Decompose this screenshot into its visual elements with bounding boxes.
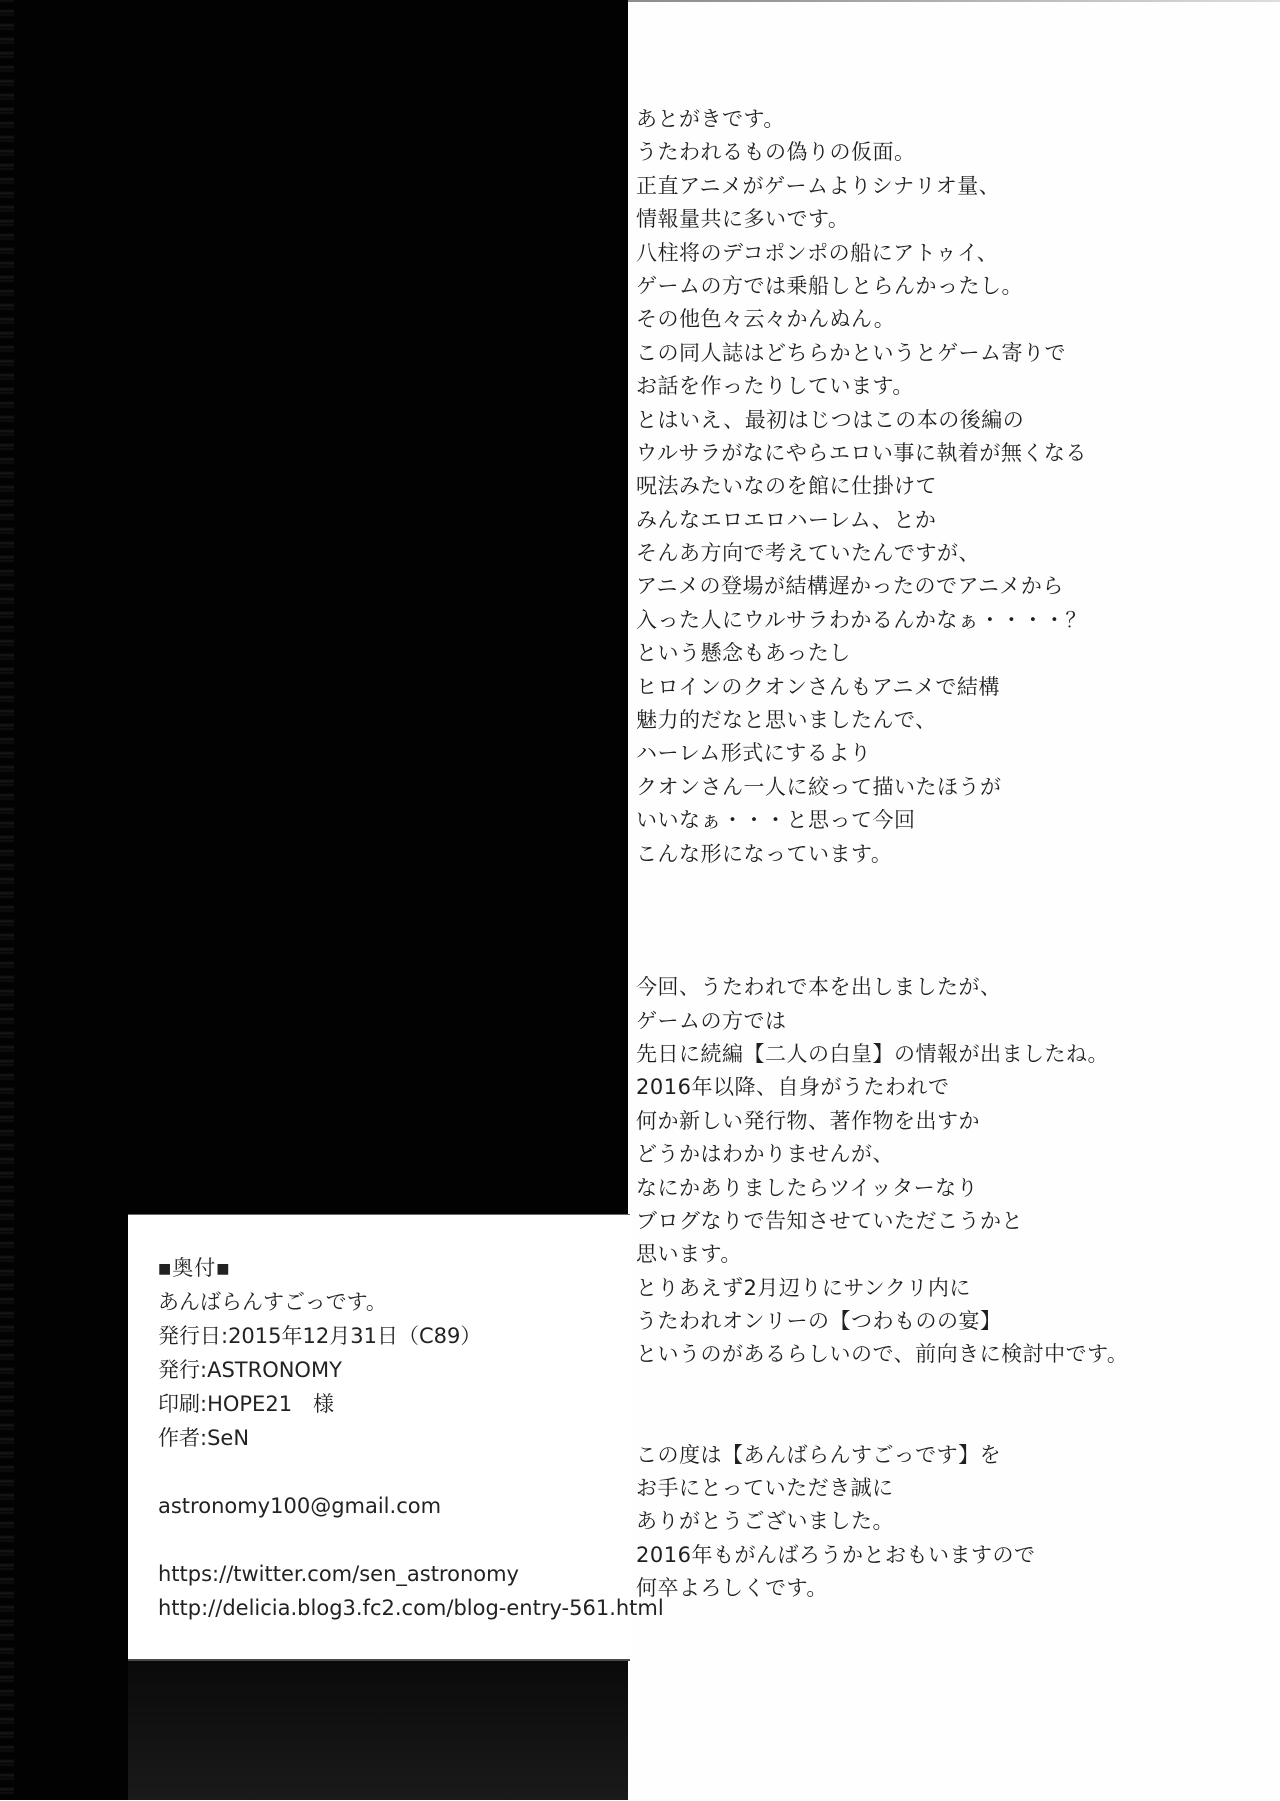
text-line: あとがきです。	[636, 103, 1256, 136]
text-line: 何か新しい発行物、著作物を出すか	[636, 1105, 1256, 1138]
text-line: とはいえ、最初はじつはこの本の後編の	[636, 404, 1256, 437]
text-line: 先日に続編【二人の白皇】の情報が出ましたね。	[636, 1038, 1256, 1071]
text-line: 何卒よろしくです。	[636, 1572, 1256, 1605]
text-line: ゲームの方では乗船しとらんかったし。	[636, 270, 1256, 303]
text-line: とりあえず2月辺りにサンクリ内に	[636, 1272, 1256, 1305]
text-line: こんな形になっています。	[636, 838, 1256, 871]
text-line: ありがとうございました。	[636, 1505, 1256, 1538]
text-line: うたわれオンリーの【つわものの宴】	[636, 1305, 1256, 1338]
square-bullet-icon: ■	[216, 1261, 230, 1277]
text-line: ブログなりで告知させていただこうかと	[636, 1205, 1256, 1238]
text-line: いいなぁ・・・と思って今回	[636, 804, 1256, 837]
text-line: この同人誌はどちらかというとゲーム寄りで	[636, 337, 1256, 370]
colophon-publisher: 発行:ASTRONOMY	[158, 1353, 664, 1387]
colophon-release-date: 発行日:2015年12月31日（C89）	[158, 1319, 664, 1353]
paragraph-spacer	[636, 1372, 1256, 1439]
document-page: あとがきです。 うたわれるもの偽りの仮面。 正直アニメがゲームよりシナリオ量、 …	[0, 0, 1280, 1801]
text-line: 情報量共に多いです。	[636, 203, 1256, 236]
black-fill-bottom	[128, 1660, 628, 1800]
line-spacer	[158, 1523, 664, 1557]
colophon-printer: 印刷:HOPE21 様	[158, 1387, 664, 1421]
text-line: みんなエロエロハーレム、とか	[636, 504, 1256, 537]
text-line: その他色々云々かんぬん。	[636, 303, 1256, 336]
afterword-paragraph-3: この度は【あんばらんすごっです】を お手にとっていただき誠に ありがとうございま…	[636, 1439, 1256, 1606]
text-line: という懸念もあったし	[636, 637, 1256, 670]
text-line: 2016年もがんばろうかとおもいますので	[636, 1539, 1256, 1572]
colophon-title: あんばらんすごっです。	[158, 1285, 664, 1319]
text-line: そんあ方向で考えていたんですが、	[636, 537, 1256, 570]
text-line: 八柱将のデコポンポの船にアトゥイ、	[636, 237, 1256, 270]
text-line: なにかありましたらツイッターなり	[636, 1172, 1256, 1205]
text-line: ウルサラがなにやらエロい事に執着が無くなる	[636, 437, 1256, 470]
text-line: 呪法みたいなのを館に仕掛けて	[636, 470, 1256, 503]
text-line: お手にとっていただき誠に	[636, 1472, 1256, 1505]
text-line: ゲームの方では	[636, 1005, 1256, 1038]
text-line: お話を作ったりしています。	[636, 370, 1256, 403]
colophon-heading: ■奥付■	[158, 1251, 664, 1285]
text-line: 思います。	[636, 1238, 1256, 1271]
afterword-paragraph-1: あとがきです。 うたわれるもの偽りの仮面。 正直アニメがゲームよりシナリオ量、 …	[636, 103, 1256, 871]
colophon-twitter-url: https://twitter.com/sen_astronomy	[158, 1557, 664, 1591]
text-line: 2016年以降、自身がうたわれで	[636, 1071, 1256, 1104]
text-line: 入った人にウルサラわかるんかなぁ・・・・？	[636, 604, 1256, 637]
text-line: ヒロインのクオンさんもアニメで結構	[636, 671, 1256, 704]
paragraph-spacer	[636, 871, 1256, 971]
square-bullet-icon: ■	[158, 1261, 172, 1277]
colophon-blog-url: http://delicia.blog3.fc2.com/blog-entry-…	[158, 1591, 664, 1625]
text-line: 魅力的だなと思いましたんで、	[636, 704, 1256, 737]
colophon-heading-label: 奥付	[172, 1256, 216, 1280]
text-line: この度は【あんばらんすごっです】を	[636, 1439, 1256, 1472]
colophon-email: astronomy100@gmail.com	[158, 1489, 664, 1523]
text-line: ハーレム形式にするより	[636, 737, 1256, 770]
text-line: うたわれるもの偽りの仮面。	[636, 136, 1256, 169]
text-line: というのがあるらしいので、前向きに検討中です。	[636, 1338, 1256, 1371]
colophon-text: ■奥付■ あんばらんすごっです。 発行日:2015年12月31日（C89） 発行…	[158, 1251, 664, 1625]
text-line: アニメの登場が結構遅かったのでアニメから	[636, 570, 1256, 603]
afterword-text: あとがきです。 うたわれるもの偽りの仮面。 正直アニメがゲームよりシナリオ量、 …	[636, 103, 1256, 1606]
text-line: 今回、うたわれで本を出しましたが、	[636, 971, 1256, 1004]
text-line: クオンさん一人に絞って描いたほうが	[636, 771, 1256, 804]
colophon-author: 作者:SeN	[158, 1421, 664, 1455]
scan-spine-edge	[0, 0, 14, 1800]
text-line: どうかはわかりませんが、	[636, 1138, 1256, 1171]
afterword-paragraph-2: 今回、うたわれで本を出しましたが、 ゲームの方では 先日に続編【二人の白皇】の情…	[636, 971, 1256, 1372]
text-line: 正直アニメがゲームよりシナリオ量、	[636, 170, 1256, 203]
line-spacer	[158, 1455, 664, 1489]
